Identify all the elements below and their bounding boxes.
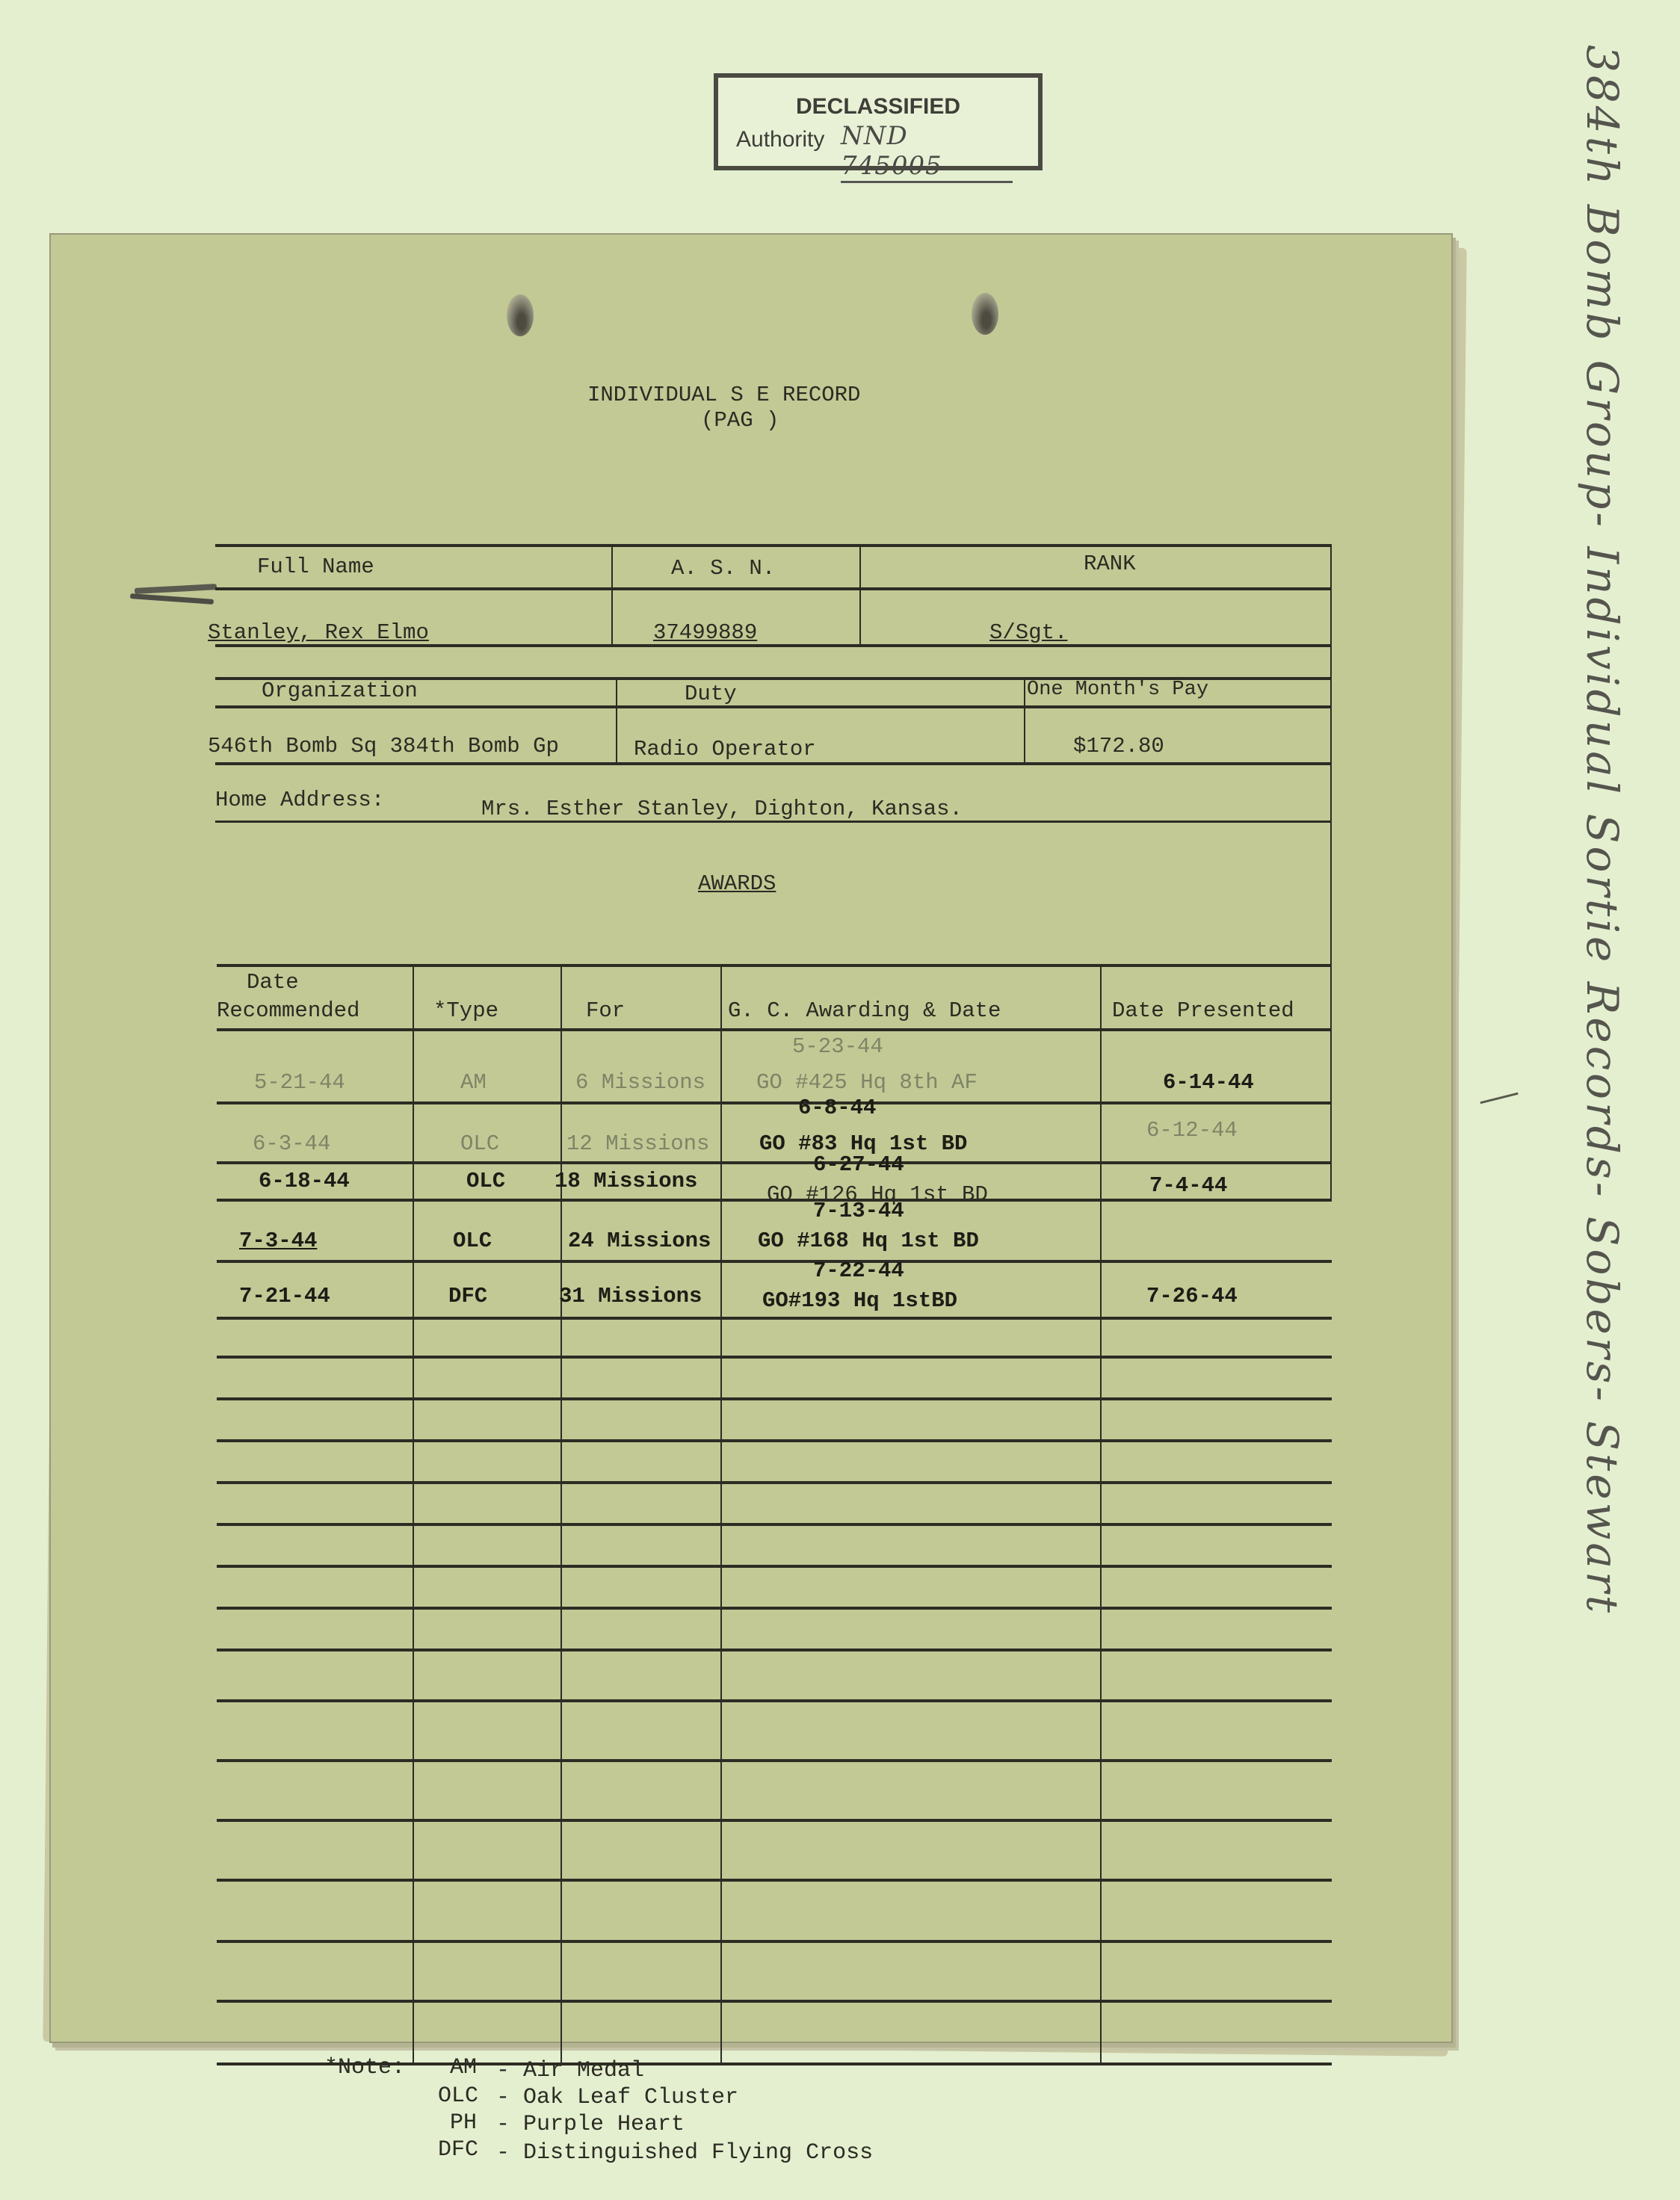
cell-type: OLC [453, 1229, 492, 1253]
cell-gc-date: 7-13-44 [813, 1199, 904, 1223]
pay-label: One Month's Pay [1027, 679, 1208, 701]
cell-for: 24 Missions [568, 1229, 711, 1253]
empty-row-rule [217, 1940, 1332, 1943]
rule [217, 1101, 1332, 1104]
asn-label: A. S. N. [671, 556, 775, 581]
empty-row-rule [217, 1819, 1332, 1822]
cell-for: 12 Missions [566, 1131, 709, 1156]
rule [215, 762, 1332, 765]
divider [1100, 964, 1102, 2065]
cell-date-presented: 6-14-44 [1163, 1070, 1254, 1095]
legend-code: PH [450, 2110, 477, 2136]
cell-gc-date: 7-22-44 [813, 1258, 904, 1283]
staple-icon [130, 593, 214, 605]
col-header-for: For [586, 998, 625, 1023]
rule [217, 1260, 1332, 1263]
col-header-date-recommended: Recommended [217, 998, 359, 1023]
legend-code: AM [450, 2055, 477, 2080]
staple-icon [135, 584, 217, 594]
cell-date-presented: 7-26-44 [1146, 1284, 1238, 1308]
cell-gc-date: 6-8-44 [798, 1096, 876, 1120]
divider [720, 964, 722, 2065]
cell-for: 6 Missions [575, 1070, 705, 1095]
rule [215, 587, 1332, 590]
empty-row-rule [217, 1481, 1332, 1484]
cell-date-recommended: 7-21-44 [239, 1284, 330, 1308]
divider [611, 544, 613, 646]
legend-code: OLC [438, 2083, 478, 2109]
divider [616, 677, 617, 764]
full-name-value: Stanley, Rex Elmo [208, 620, 429, 645]
rule [217, 964, 1332, 967]
record-sheet: INDIVIDUAL S E RECORD (PAG ) Full Name A… [49, 233, 1453, 2043]
cell-type: DFC [448, 1284, 487, 1308]
punch-hole-icon [972, 293, 998, 335]
cell-gc-date: 5-23-44 [792, 1034, 883, 1059]
legend-meaning: - Purple Heart [496, 2112, 685, 2137]
cell-date-presented: 7-4-44 [1149, 1173, 1227, 1198]
duty-value: Radio Operator [634, 737, 816, 761]
cell-date-recommended: 5-21-44 [254, 1070, 345, 1095]
empty-row-rule [217, 1565, 1332, 1568]
rank-label: RANK [1084, 551, 1136, 576]
empty-row-rule [217, 1649, 1332, 1651]
declassified-stamp: DECLASSIFIED Authority NND 745005 [714, 73, 1043, 170]
empty-row-rule [217, 1607, 1332, 1610]
empty-row-rule [217, 1523, 1332, 1526]
awards-title: AWARDS [698, 871, 776, 896]
empty-row-rule [217, 2000, 1332, 2003]
rule [217, 1199, 1332, 1202]
cell-date-recommended: 7-3-44 [239, 1229, 317, 1253]
col-header-gc-awarding: G. C. Awarding & Date [728, 998, 1001, 1023]
cell-gc-order: GO #425 Hq 8th AF [756, 1070, 978, 1095]
cell-gc-order: GO#193 Hq 1stBD [762, 1288, 957, 1313]
organization-value: 546th Bomb Sq 384th Bomb Gp [208, 734, 559, 758]
cell-date-recommended: 6-3-44 [253, 1131, 330, 1156]
rule [217, 1317, 1332, 1320]
col-header-type: *Type [433, 998, 498, 1023]
margin-note-text: 384th Bomb Group- Individual Sortie Reco… [1577, 45, 1628, 1616]
cell-type: OLC [466, 1169, 505, 1193]
rule [217, 1161, 1332, 1164]
note-label: *Note: [324, 2055, 405, 2080]
rule [215, 821, 1332, 823]
divider [1024, 677, 1025, 764]
stamp-authority-label: Authority [736, 127, 824, 152]
home-address-value: Mrs. Esther Stanley, Dighton, Kansas. [481, 797, 963, 821]
punch-hole-icon [507, 294, 534, 336]
col-header-date-line1: Date [247, 970, 299, 995]
divider [560, 964, 562, 2065]
margin-handwriting: 384th Bomb Group- Individual Sortie Reco… [1584, 45, 1629, 1599]
cell-date-presented: 6-12-44 [1146, 1118, 1238, 1143]
empty-row-rule [217, 1439, 1332, 1442]
record-title: INDIVIDUAL S E RECORD [587, 383, 860, 407]
rule [215, 544, 1332, 547]
empty-row-rule [217, 1699, 1332, 1702]
rank-value: S/Sgt. [989, 620, 1067, 645]
empty-row-rule [217, 1879, 1332, 1882]
cell-type: AM [460, 1070, 487, 1095]
organization-label: Organization [262, 679, 418, 703]
empty-row-rule [217, 1356, 1332, 1359]
asn-value: 37499889 [653, 620, 757, 645]
divider [859, 544, 861, 646]
stamp-title: DECLASSIFIED [718, 94, 1038, 120]
legend-meaning: - Distinguished Flying Cross [496, 2140, 873, 2166]
duty-label: Duty [685, 682, 737, 706]
pencil-mark [1480, 1093, 1518, 1104]
legend-meaning: - Oak Leaf Cluster [496, 2085, 738, 2110]
empty-row-rule [217, 1397, 1332, 1400]
full-name-label: Full Name [257, 554, 374, 579]
empty-row-rule [217, 1759, 1332, 1762]
cell-for: 18 Missions [555, 1169, 697, 1193]
legend-code: DFC [438, 2137, 478, 2163]
cell-gc-date: 6-27-44 [813, 1152, 904, 1177]
col-header-date-presented: Date Presented [1112, 998, 1294, 1023]
home-address-label: Home Address: [215, 788, 384, 812]
cell-for: 31 Missions [559, 1284, 702, 1308]
cell-gc-order: GO #168 Hq 1st BD [758, 1229, 979, 1253]
record-subtitle: (PAG ) [701, 408, 779, 433]
legend-meaning: - Air Medal [496, 2058, 644, 2083]
cell-type: OLC [460, 1131, 499, 1156]
pay-value: $172.80 [1073, 734, 1164, 758]
cell-date-recommended: 6-18-44 [259, 1169, 350, 1193]
rule [215, 705, 1332, 708]
stamp-authority-value: NND 745005 [841, 121, 1013, 183]
divider [413, 964, 414, 2065]
rule [217, 1028, 1332, 1031]
